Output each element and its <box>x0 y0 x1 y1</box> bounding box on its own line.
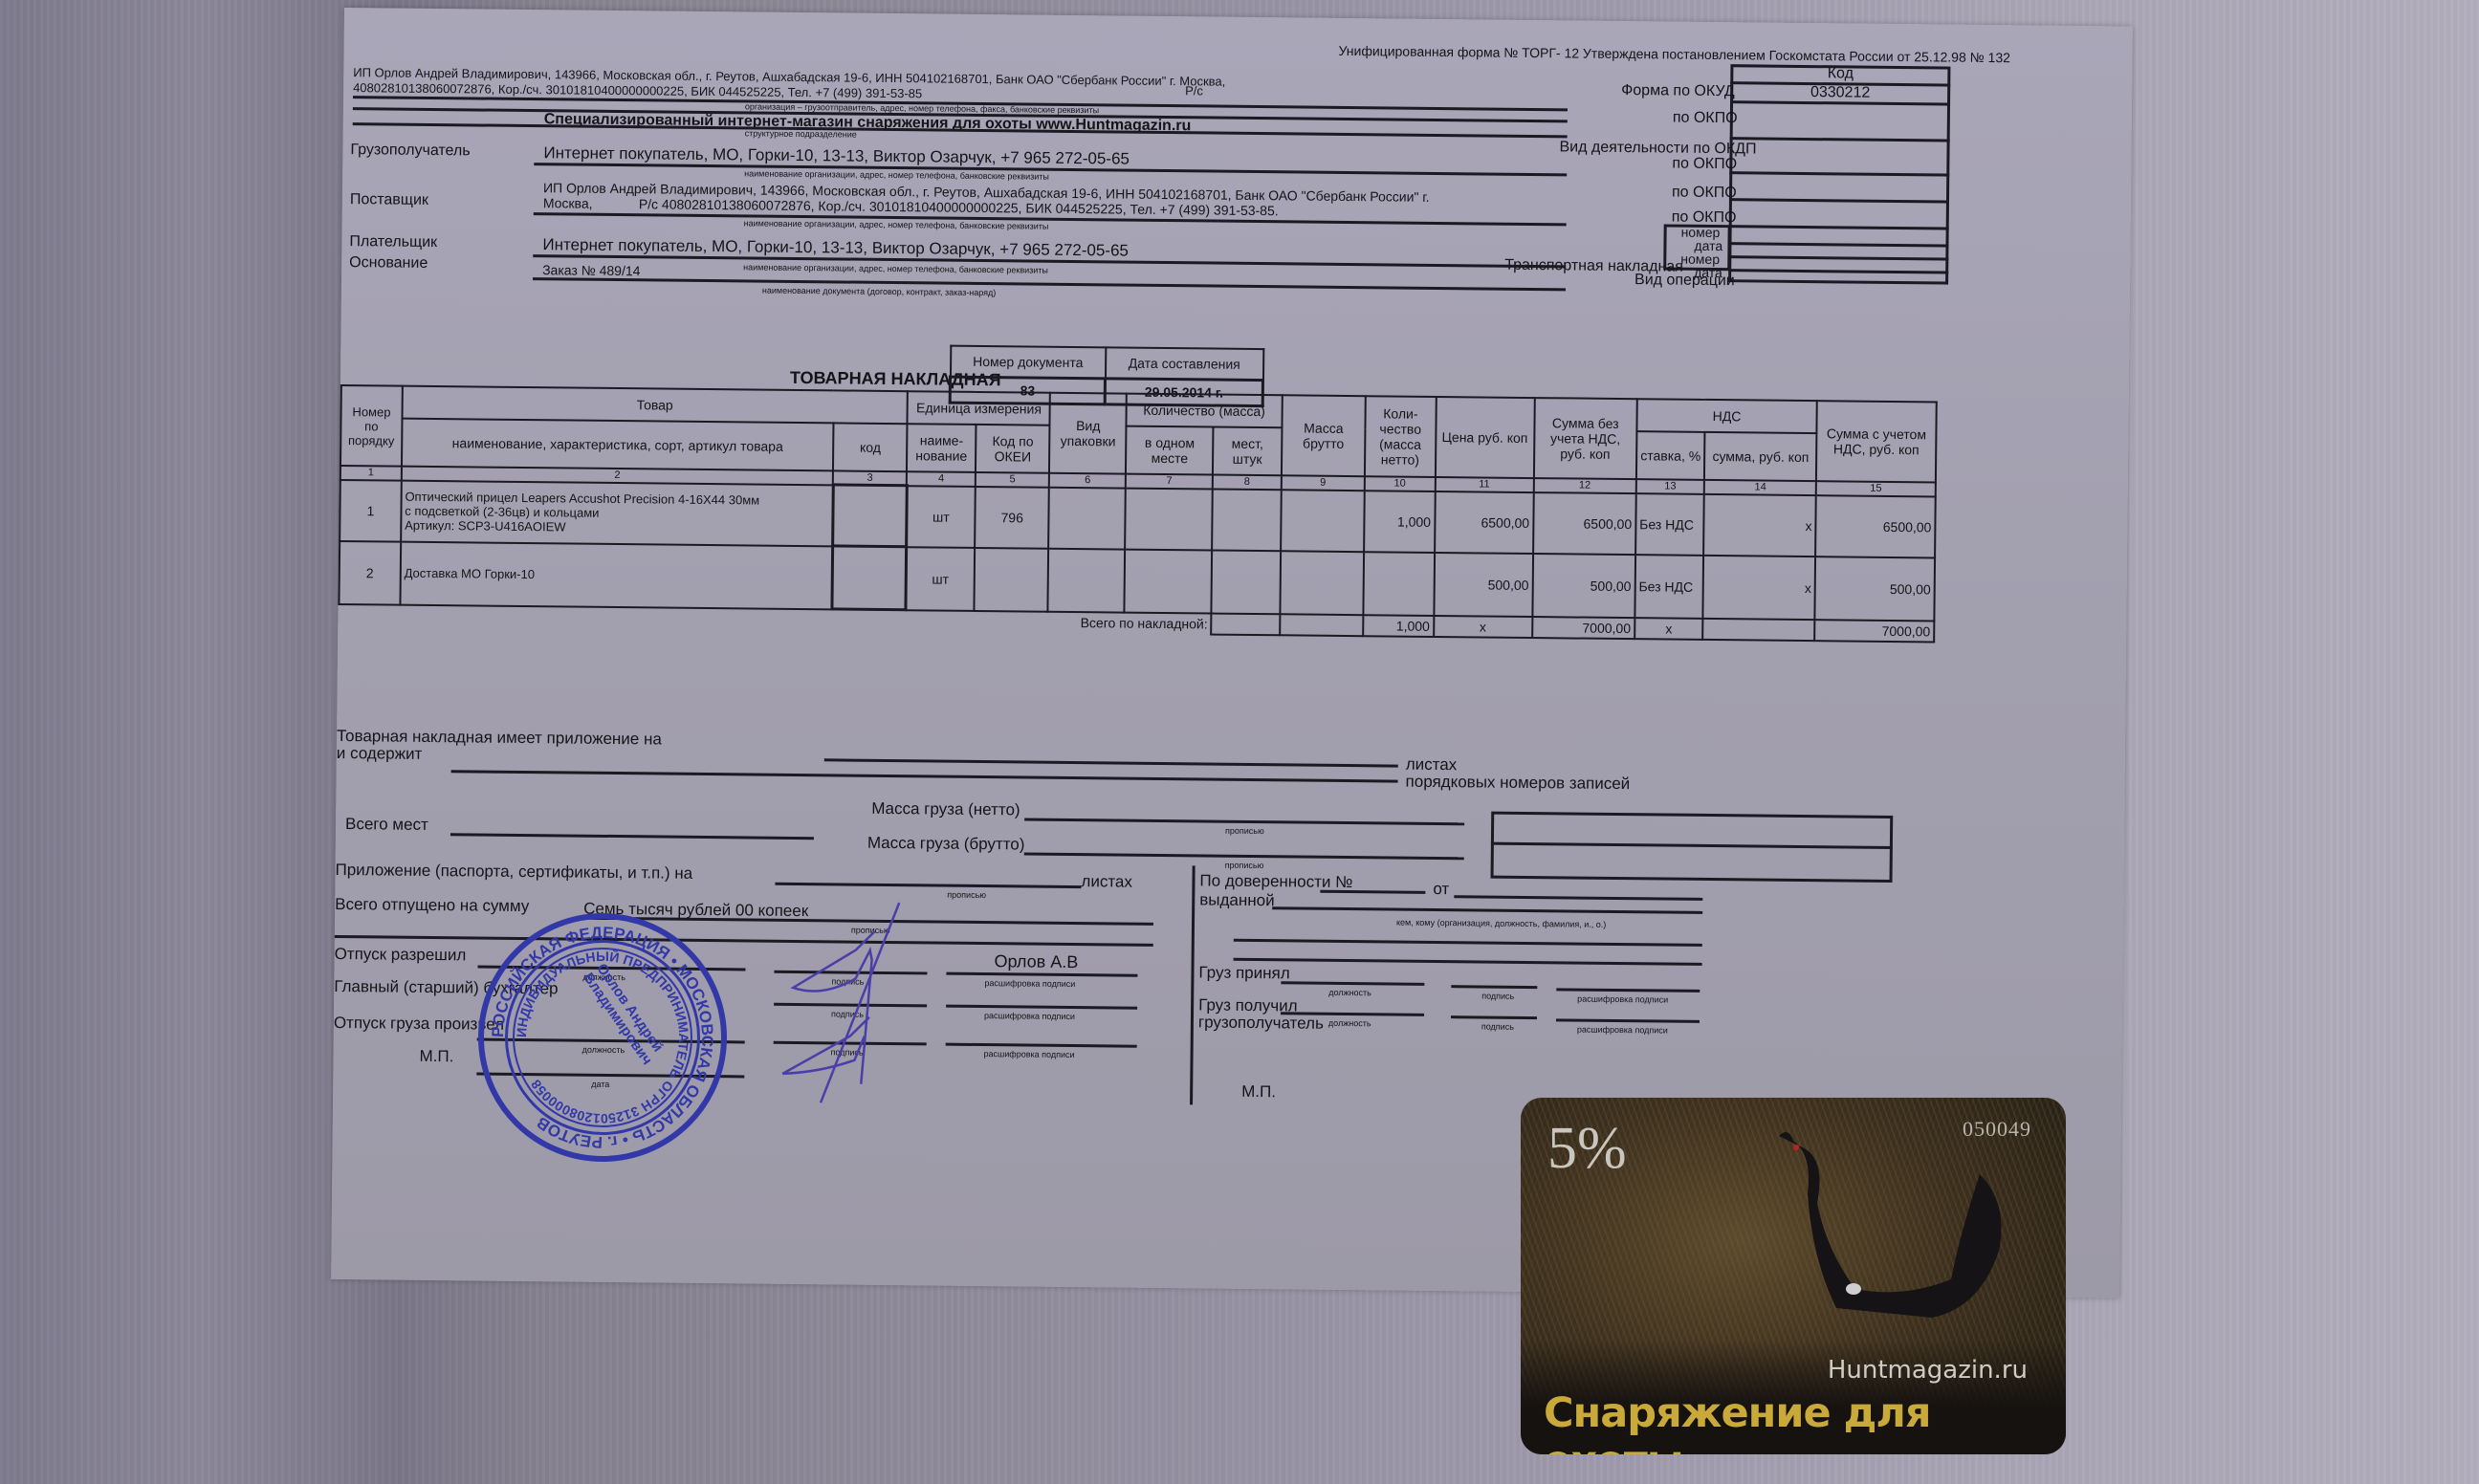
th-qty-one: в одном месте <box>1126 426 1214 475</box>
column-number: 10 <box>1365 476 1436 491</box>
column-number: 13 <box>1636 479 1705 493</box>
proxy-label: По доверенности № <box>1199 871 1352 892</box>
th-gross: Масса брутто <box>1282 395 1366 476</box>
signature-caption-r1: подпись <box>1481 992 1514 1001</box>
column-number: 4 <box>907 471 976 486</box>
code-header: Код <box>1730 64 1950 83</box>
column-number: 11 <box>1435 477 1533 492</box>
cell-gross <box>1280 551 1364 615</box>
total-sum-novat: 7000,00 <box>1532 617 1634 639</box>
signature-decode-caption-1: расшифровка подписи <box>984 978 1075 989</box>
mass-net-label: Масса груза (нетто) <box>871 799 1020 820</box>
column-number: 6 <box>1049 473 1126 488</box>
th-unit-okei: Код по ОКЕИ <box>976 425 1050 473</box>
form-header: Унифицированная форма № ТОРГ- 12 Утвержд… <box>1339 43 2011 65</box>
okpo-label-1: по ОКПО <box>1673 110 1738 128</box>
cell-vat-sum: x <box>1703 555 1815 619</box>
column-number: 9 <box>1282 475 1365 490</box>
discount-card: 5% 050049 Huntmagazin.ru Снаряжение для … <box>1521 1098 2066 1454</box>
consignee-label: Грузополучатель <box>350 142 470 160</box>
card-site: Huntmagazin.ru <box>1828 1356 2028 1385</box>
cell-sum-novat: 6500,00 <box>1533 492 1636 555</box>
department-caption: структурное подразделение <box>745 128 857 139</box>
position-caption-r1: должность <box>1328 988 1371 997</box>
th-net: Коли- чество (масса нетто) <box>1365 396 1436 477</box>
th-goods-code: код <box>833 423 908 471</box>
doc-date-label: Дата составления <box>1106 347 1263 380</box>
okud-label: Форма по ОКУД <box>1621 82 1735 100</box>
appendix-sheets-label: листах <box>1081 872 1132 892</box>
okpo-label-2: по ОКПО <box>1672 156 1737 174</box>
released-sum-label: Всего отпущено на сумму <box>335 895 529 916</box>
cell-num: 2 <box>339 540 401 604</box>
th-unit: Единица измерения <box>908 391 1051 426</box>
cell-pack <box>1048 548 1125 612</box>
cell-okei <box>975 547 1049 611</box>
mp-left: М.П. <box>419 1047 453 1066</box>
signature-decode-caption-r2: расшифровка подписи <box>1577 1025 1668 1036</box>
cell-vat-rate: Без НДС <box>1635 493 1704 556</box>
okud-value: 0330212 <box>1730 83 1950 102</box>
column-number: 5 <box>976 472 1050 487</box>
cell-gross <box>1281 490 1365 552</box>
goods-table: Номер по порядку Товар Единица измерения… <box>338 384 1938 643</box>
cell-num: 1 <box>340 479 402 541</box>
basis-caption: наименование документа (договор, контрак… <box>762 286 996 298</box>
position-caption-r2: должность <box>1328 1018 1371 1028</box>
issued-label: выданной <box>1199 890 1275 910</box>
cell-qty-places <box>1212 550 1281 614</box>
signature-decode-caption-r1: расшифровка подписи <box>1577 994 1668 1005</box>
release-allowed-label: Отпуск разрешил <box>335 945 467 965</box>
cell-name: Доставка МО Горки-10 <box>400 541 832 609</box>
th-pack: Вид упаковки <box>1049 393 1127 474</box>
th-vat-sum: сумма, руб. коп <box>1704 432 1816 481</box>
mass-net-caption: прописью <box>1225 826 1264 836</box>
signature-caption-r2: подпись <box>1481 1022 1514 1032</box>
total-vat-sum <box>1703 618 1815 640</box>
records-label: порядковых номеров записей <box>1405 773 1630 794</box>
cell-code <box>832 546 907 610</box>
cell-unit: шт <box>906 486 975 548</box>
cargo-accepted-label: Груз принял <box>1198 963 1289 983</box>
signer-name: Орлов А.В <box>994 951 1078 972</box>
column-number: 7 <box>1126 474 1213 489</box>
operation-label: Вид операции <box>1634 272 1735 290</box>
card-slogan: Снаряжение для охоты <box>1544 1389 2066 1454</box>
payer-caption: наименование организации, адрес, номер т… <box>743 262 1048 274</box>
cell-sum-novat: 500,00 <box>1532 554 1635 618</box>
cell-vat-rate: Без НДС <box>1634 555 1703 619</box>
okpo-label-3: по ОКПО <box>1672 185 1737 203</box>
column-number: 15 <box>1816 481 1936 496</box>
supplier-caption: наименование организации, адрес, номер т… <box>744 218 1049 230</box>
column-number: 14 <box>1704 480 1816 495</box>
cell-code <box>832 485 907 547</box>
column-number: 3 <box>833 470 907 485</box>
supplier-value-2: Москва, <box>543 195 593 211</box>
consignee-sign-label: грузополучатель <box>1198 1013 1324 1033</box>
mass-gross-label: Масса груза (брутто) <box>867 834 1025 855</box>
basis-value: Заказ № 489/14 <box>542 262 641 278</box>
cell-price: 500,00 <box>1434 552 1533 616</box>
th-goods-name: наименование, характеристика, сорт, арти… <box>402 419 834 471</box>
cell-price: 6500,00 <box>1435 491 1534 553</box>
th-goods: Товар <box>402 386 908 425</box>
cell-unit: шт <box>906 547 975 611</box>
shipper-rs-label: Р/с <box>1185 83 1203 98</box>
signature-decode-caption-2: расшифровка подписи <box>984 1011 1075 1021</box>
th-unit-name: наиме- нование <box>907 424 976 472</box>
total-price: x <box>1434 615 1532 637</box>
th-price: Цена руб. коп <box>1436 397 1535 478</box>
discount-percent: 5% <box>1547 1115 1627 1183</box>
cell-vat-sum: x <box>1704 493 1816 556</box>
column-number: 12 <box>1533 478 1635 493</box>
company-stamp: РОССИЙСКАЯ ФЕДЕРАЦИЯ • МОСКОВСКАЯ ОБЛАСТ… <box>478 913 727 1162</box>
cell-name: Оптический прицел Leapers Accushot Preci… <box>401 480 833 546</box>
cell-net: 1,000 <box>1364 491 1435 553</box>
card-number: 050049 <box>1963 1117 2031 1142</box>
column-number: 1 <box>340 466 402 480</box>
mass-gross-caption: прописью <box>1225 861 1264 870</box>
cell-okei: 796 <box>975 486 1049 548</box>
contains-label: и содержит <box>337 744 423 764</box>
supplier-label: Поставщик <box>350 191 428 209</box>
cell-net <box>1363 552 1434 616</box>
basis-label: Основание <box>349 254 428 273</box>
places-total-label: Всего мест <box>345 815 428 835</box>
cell-pack <box>1049 487 1126 549</box>
mp-right: М.П. <box>1241 1082 1276 1102</box>
stamp-text-ring: РОССИЙСКАЯ ФЕДЕРАЦИЯ • МОСКОВСКАЯ ОБЛАСТ… <box>484 919 721 1156</box>
from-label: от <box>1433 880 1449 899</box>
cell-qty-one <box>1125 488 1213 550</box>
consignee-caption: наименование организации, адрес, номер т… <box>744 168 1049 181</box>
payer-label: Плательщик <box>349 233 437 251</box>
th-num: Номер по порядку <box>340 385 403 467</box>
signature-mark <box>763 892 956 1114</box>
th-sum-vat: Сумма с учетом НДС, руб. коп <box>1816 401 1937 482</box>
column-number: 8 <box>1213 475 1282 490</box>
th-sum-novat: Сумма без учета НДС, руб. коп <box>1534 398 1637 479</box>
total-vat-rate: x <box>1634 618 1703 640</box>
cell-sum-vat: 6500,00 <box>1815 495 1936 557</box>
signature-decode-caption-3: расшифровка подписи <box>984 1049 1075 1059</box>
cell-sum-vat: 500,00 <box>1815 556 1936 621</box>
th-qty-places: мест, штук <box>1213 427 1282 476</box>
th-qty: Количество (масса) <box>1127 394 1283 428</box>
doc-number-label: Номер документа <box>950 346 1106 379</box>
capercaillie-icon <box>1693 1117 2037 1365</box>
th-vat: НДС <box>1636 399 1817 433</box>
th-vat-rate: ставка, % <box>1636 431 1705 480</box>
issued-caption: кем, кому (организация, должность, фамил… <box>1396 918 1606 929</box>
cell-qty-one <box>1125 549 1213 613</box>
appendix-label: Приложение (паспорта, сертификаты, и т.п… <box>335 861 692 884</box>
total-sum-vat: 7000,00 <box>1814 620 1934 642</box>
cell-qty-places <box>1212 489 1281 551</box>
total-net: 1,000 <box>1363 615 1434 637</box>
